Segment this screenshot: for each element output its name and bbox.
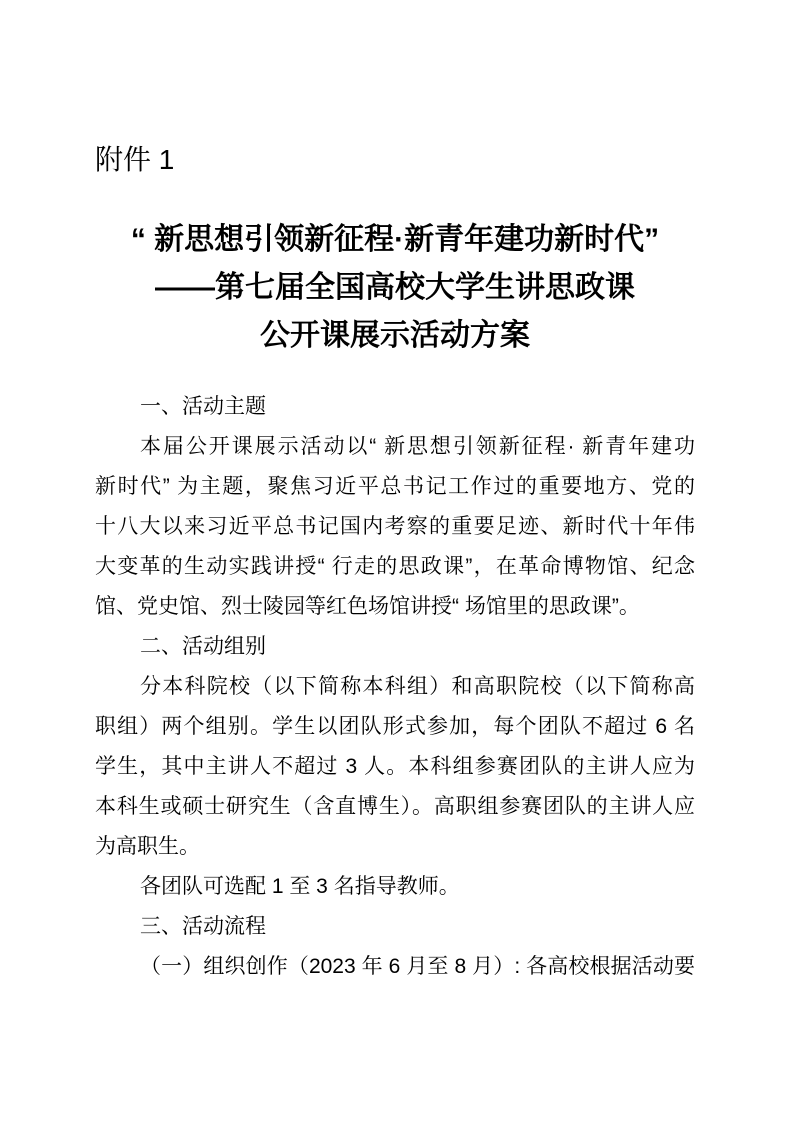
document-body: 一、活动主题本届公开课展示活动以“ 新思想引领新征程· 新青年建功新时代” 为主…	[95, 387, 695, 987]
document-page: 附件 1 “ 新思想引领新征程·新青年建功新时代”——第七届全国高校大学生讲思政…	[0, 0, 790, 1122]
title-line-1: “ 新思想引领新征程·新青年建功新时代”	[95, 216, 695, 264]
paragraph-line: （一）组织创作（2023 年 6 月至 8 月）: 各高校根据活动要	[95, 947, 695, 987]
title-line-2: ——第七届全国高校大学生讲思政课	[95, 264, 695, 312]
section-heading: 三、活动流程	[95, 907, 695, 947]
paragraph-line: 本科生或硕士研究生（含直博生）。高职组参赛团队的主讲人应	[95, 787, 695, 827]
paragraph-line: 大变革的生动实践讲授“ 行走的思政课”，在革命博物馆、纪念	[95, 547, 695, 587]
paragraph-line: 职组）两个组别。学生以团队形式参加，每个团队不超过 6 名	[95, 707, 695, 747]
paragraph-line: 十八大以来习近平总书记国内考察的重要足迹、新时代十年伟	[95, 507, 695, 547]
paragraph-line: 新时代” 为主题，聚焦习近平总书记工作过的重要地方、党的	[95, 467, 695, 507]
paragraph-line: 学生，其中主讲人不超过 3 人。本科组参赛团队的主讲人应为	[95, 747, 695, 787]
title-line-3: 公开课展示活动方案	[95, 312, 695, 360]
paragraph-line: 为高职生。	[95, 827, 695, 867]
paragraph-line: 各团队可选配 1 至 3 名指导教师。	[95, 867, 695, 907]
paragraph-line: 馆、党史馆、烈士陵园等红色场馆讲授“ 场馆里的思政课”。	[95, 587, 695, 627]
document-title: “ 新思想引领新征程·新青年建功新时代”——第七届全国高校大学生讲思政课公开课展…	[95, 216, 695, 360]
section-heading: 一、活动主题	[95, 387, 695, 427]
paragraph-line: 分本科院校（以下简称本科组）和高职院校（以下简称高	[95, 667, 695, 707]
attachment-label: 附件 1	[95, 140, 695, 180]
section-heading: 二、活动组别	[95, 627, 695, 667]
paragraph-line: 本届公开课展示活动以“ 新思想引领新征程· 新青年建功	[95, 427, 695, 467]
